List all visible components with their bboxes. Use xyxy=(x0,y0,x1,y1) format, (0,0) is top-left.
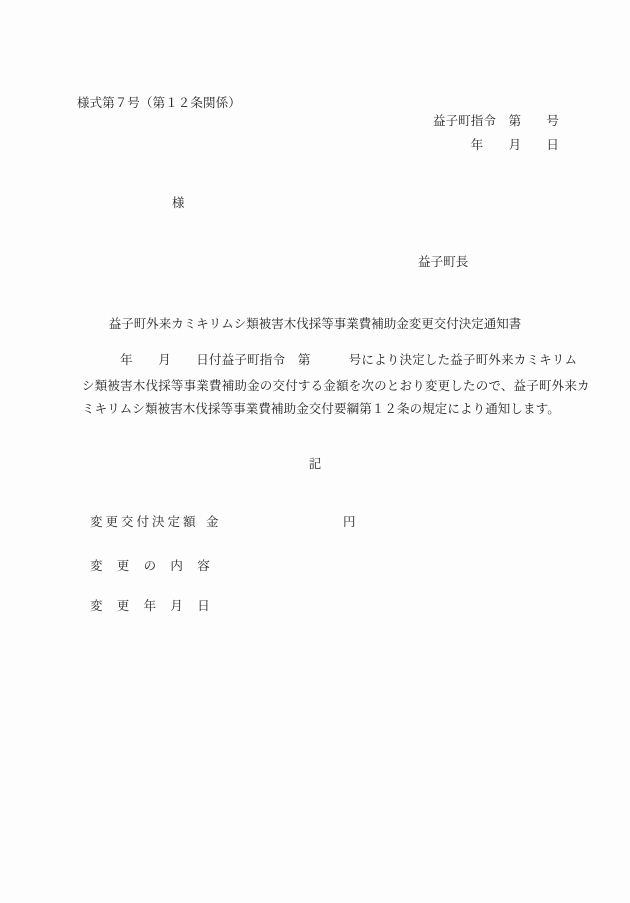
body-paragraph-line-3: ミキリムシ類被害木伐採等事業費補助金交付要綱第１２条の規定により通知します。 xyxy=(82,402,560,418)
issue-date-line: 年 月 日 xyxy=(471,138,559,154)
body-paragraph-line-1: 年 月 日付益子町指令 第 号により決定した益子町外来カミキリム xyxy=(82,353,577,369)
body-paragraph-line-2: シ類被害木伐採等事業費補助金の交付する金額を次のとおり変更したので、益子町外来カ xyxy=(82,379,590,395)
directive-number-line: 益子町指令 第 号 xyxy=(433,114,559,130)
amount-currency-prefix: 金 xyxy=(206,515,219,531)
change-date-label: 変 更 年 月 日 xyxy=(90,599,211,615)
recipient-honorific: 様 xyxy=(172,196,185,212)
sender-title: 益子町長 xyxy=(418,255,468,271)
form-number: 様式第７号（第１２条関係） xyxy=(77,96,241,112)
document-title: 益子町外来カミキリムシ類被害木伐採等事業費補助金変更交付決定通知書 xyxy=(0,317,630,333)
change-content-label: 変 更 の 内 容 xyxy=(90,559,211,575)
document-page: 様式第７号（第１２条関係） 益子町指令 第 号 年 月 日 様 益子町長 益子町… xyxy=(0,0,630,903)
amount-currency-suffix: 円 xyxy=(343,515,356,531)
changed-grant-amount-label: 変更交付決定額 xyxy=(90,515,199,531)
record-marker: 記 xyxy=(0,457,630,473)
